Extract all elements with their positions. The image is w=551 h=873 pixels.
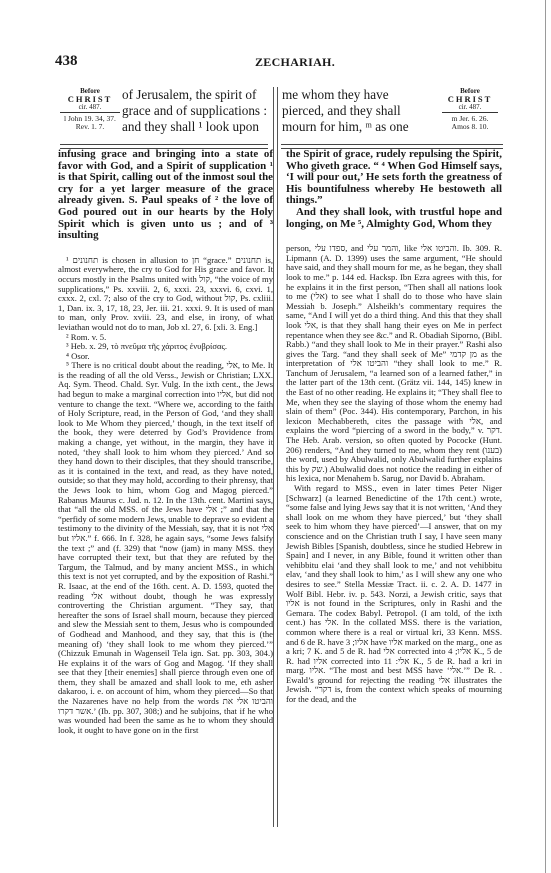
- commentary-text: infusing grace and bringing into a state…: [58, 149, 273, 242]
- footnote: ³ Heb. x. 29, τὸ πνεῦμα τῆς χάριτος ἐνυβ…: [58, 342, 273, 352]
- margin-cir-date: cir. 487.: [60, 103, 120, 113]
- book-page: 438 ZECHARIAH. Before CHRIST cir. 487. l…: [0, 0, 551, 873]
- verse-line: and they shall ¹ look upon: [122, 119, 259, 135]
- margin-note-left: Before CHRIST cir. 487. l John 19. 34, 3…: [60, 87, 120, 131]
- running-title: ZECHARIAH.: [55, 55, 535, 70]
- commentary-text: And they shall look, with trustful hope …: [286, 207, 502, 230]
- footnote-continued: With regard to MSS., even in later times…: [286, 484, 502, 705]
- margin-christ: CHRIST: [60, 95, 120, 103]
- margin-cross-ref: Rev. 1. 7.: [60, 123, 120, 131]
- column-divider: [273, 87, 278, 827]
- verse-section: Before CHRIST cir. 487. l John 19. 34, 3…: [60, 87, 540, 145]
- footnotes-right: person, ספדו עלי, and והמר עלי, like והב…: [286, 244, 502, 705]
- footnote-continued: person, ספדו עלי, and והמר עלי, like והב…: [286, 244, 502, 484]
- commentary-column-right: the Spirit of grace, rudely repulsing th…: [286, 149, 502, 705]
- footnotes-left: ¹ תחנונים is chosen in allusion to חן “g…: [58, 256, 273, 736]
- footnote: ¹ תחנונים is chosen in allusion to חן “g…: [58, 256, 273, 333]
- verse-line: me whom they have: [282, 87, 389, 103]
- margin-cross-ref: Amos 8. 10.: [442, 123, 498, 131]
- commentary-text: the Spirit of grace, rudely repulsing th…: [286, 149, 502, 207]
- verse-column-left: Before CHRIST cir. 487. l John 19. 34, 3…: [60, 87, 268, 145]
- commentary-column-left: infusing grace and bringing into a state…: [58, 149, 273, 735]
- margin-cir-date: cir. 487.: [442, 103, 498, 113]
- page-header: 438 ZECHARIAH.: [55, 53, 535, 73]
- verse-column-right: me whom they have pierced, and they shal…: [282, 87, 540, 145]
- verse-line: of Jerusalem, the spirit of: [122, 87, 256, 103]
- page-edge-line: [545, 0, 546, 873]
- verse-line: grace and of supplications :: [122, 103, 267, 119]
- verse-line: pierced, and they shall: [282, 103, 401, 119]
- margin-christ: CHRIST: [442, 95, 498, 103]
- verse-line: mourn for him, ᵐ as one: [282, 119, 409, 135]
- footnote: ⁵ There is no critical doubt about the r…: [58, 361, 273, 735]
- margin-note-right: Before CHRIST cir. 487. m Jer. 6. 26. Am…: [442, 87, 498, 131]
